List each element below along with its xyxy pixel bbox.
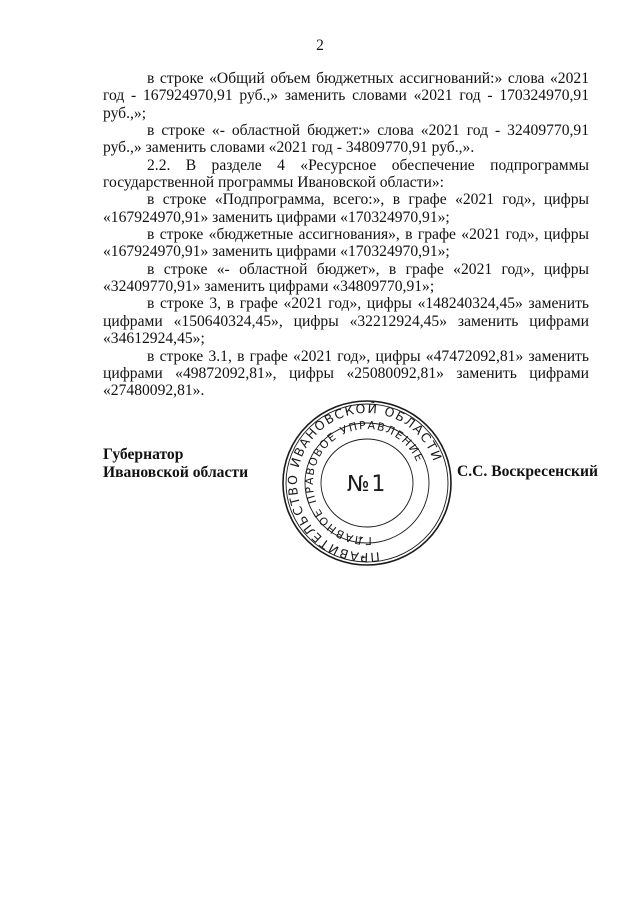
stamp-star-inner: * [358,535,364,544]
signature-position-line2: Ивановской области [103,464,248,482]
paragraph-budget-allocations: в строке «бюджетные ассигнования», в гра… [103,226,589,261]
stamp-center-number: №1 [347,472,387,497]
paragraph-subprogram-total: в строке «Подпрограмма, всего:», в графе… [103,191,589,226]
paragraph-total-budget: в строке «Общий объем бюджетных ассигнов… [103,70,589,122]
paragraph-regional-budget-row: в строке «- областной бюджет», в графе «… [103,261,589,296]
document-body: в строке «Общий объем бюджетных ассигнов… [103,70,589,400]
signature-position: Губернатор Ивановской области [103,446,248,481]
paragraph-section-4: 2.2. В разделе 4 «Ресурсное обеспечение … [103,157,589,192]
paragraph-row-3: в строке 3, в графе «2021 год», цифры «1… [103,295,589,347]
stamp-star-outer: * [360,554,366,563]
official-stamp: ПРАВИТЕЛЬСТВО ИВАНОВСКОЙ ОБЛАСТИ ГЛАВНОЕ… [281,399,453,567]
paragraph-regional-budget: в строке «- областной бюджет:» слова «20… [103,122,589,157]
paragraph-row-3-1: в строке 3.1, в графе «2021 год», цифры … [103,348,589,400]
signature-position-line1: Губернатор [103,446,248,464]
signer-name: С.С. Воскресенский [457,463,598,481]
page-number: 2 [0,37,640,54]
